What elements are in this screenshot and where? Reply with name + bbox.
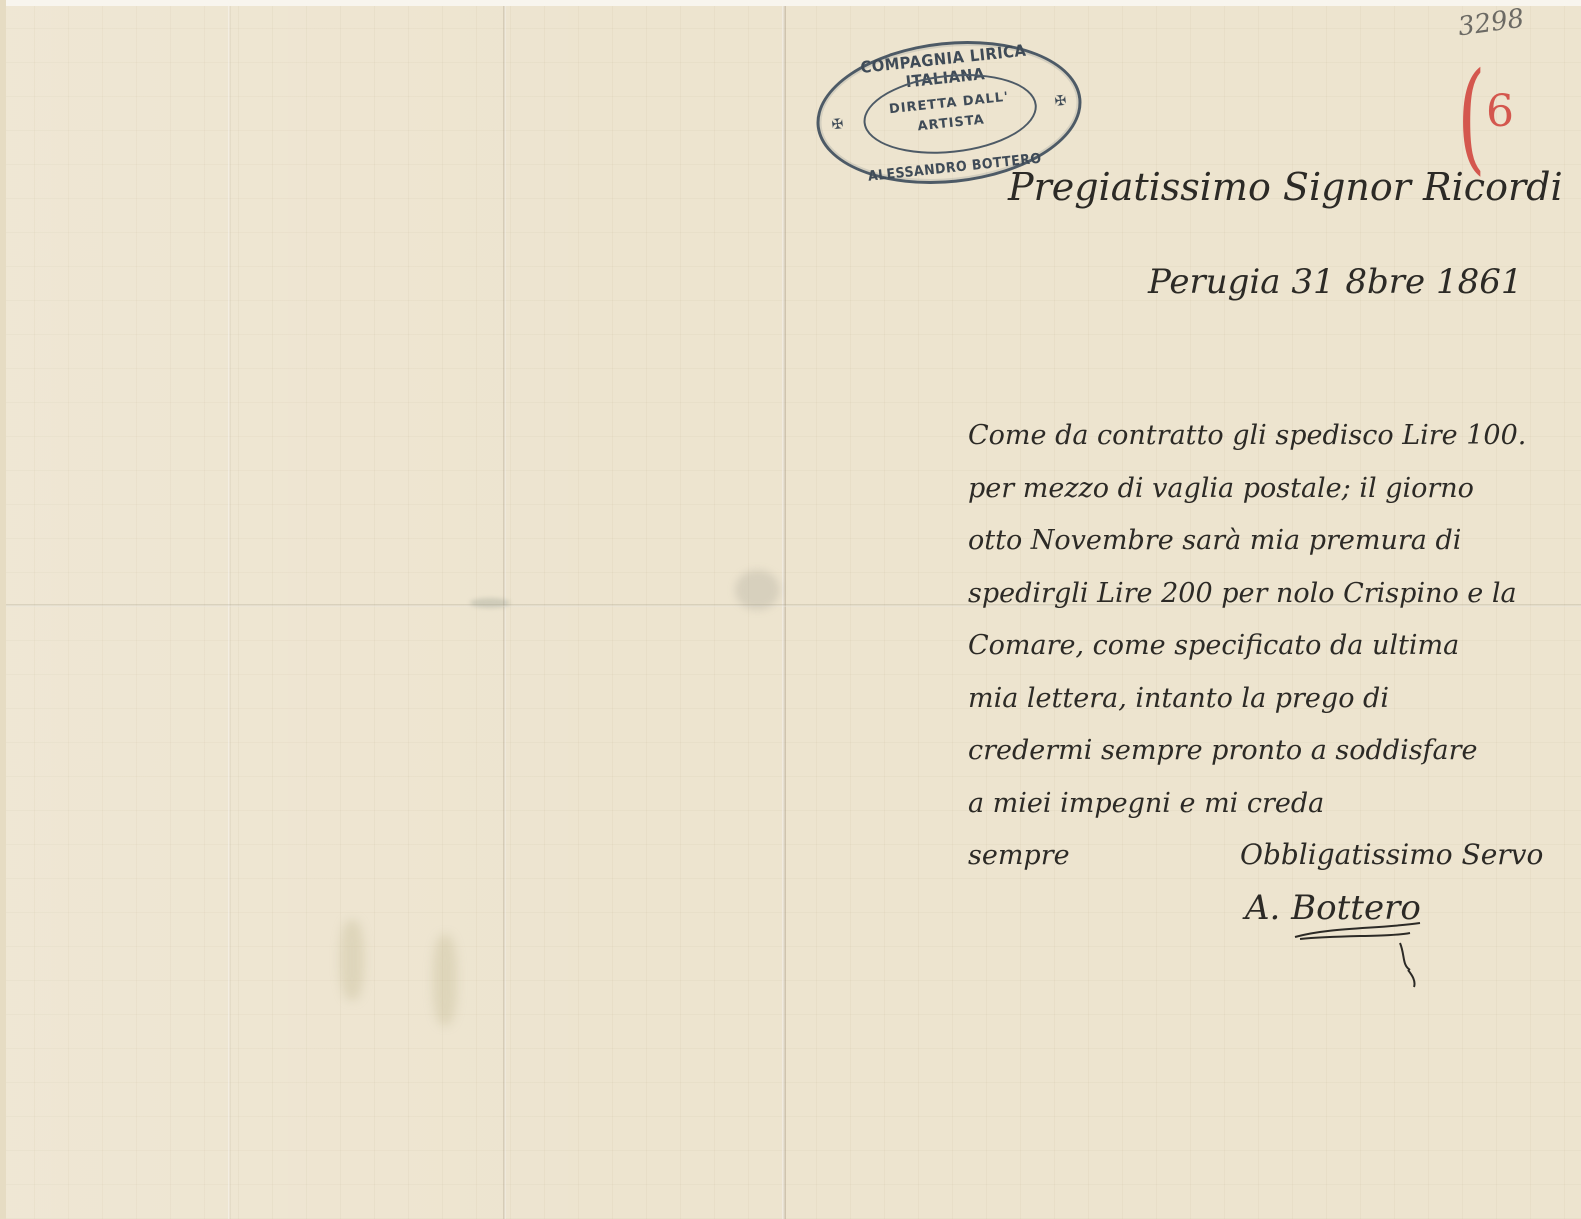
water-stain [433, 935, 457, 1025]
ink-smudge [470, 598, 510, 608]
red-number: 6 [1486, 86, 1514, 137]
body-line: mia lettera, intanto la prego di [968, 673, 1526, 726]
salutation: Pregiatissimo Signor Ricordi [1008, 165, 1563, 209]
body-line: a miei impegni e mi creda [968, 778, 1526, 831]
paper-left-edge [0, 0, 6, 1219]
dateline: Perugia 31 8bre 1861 [1148, 262, 1523, 302]
ink-smudge [735, 570, 780, 610]
archive-red-mark: ( 6 [1448, 58, 1495, 178]
star-icon: ✠ [831, 116, 844, 133]
body-line: spedirgli Lire 200 per nolo Crispino e l… [968, 568, 1526, 621]
star-icon: ✠ [1054, 93, 1067, 110]
body-line: Come da contratto gli spedisco Lire 100. [968, 410, 1526, 463]
body-line: per mezzo di vaglia postale; il giorno [968, 463, 1526, 516]
red-parenthesis: ( [1457, 58, 1485, 178]
archive-pencil-number: 3298 [1456, 4, 1526, 43]
body-line: Comare, come specificato da ultima [968, 620, 1526, 673]
letter-sheet: COMPAGNIA LIRICA ITALIANA ✠ DIRETTA DALL… [0, 0, 1581, 1219]
water-stain [340, 920, 364, 1000]
body-line: otto Novembre sarà mia premura di [968, 515, 1526, 568]
center-crease [782, 6, 786, 1219]
closing: Obbligatissimo Servo [1240, 838, 1543, 871]
letter-body: Come da contratto gli spedisco Lire 100.… [968, 410, 1526, 883]
fold-line-vertical-1 [228, 6, 231, 1219]
signature-flourish-icon [1290, 915, 1430, 995]
paper-top-edge [0, 0, 1581, 6]
fold-line-vertical-2 [503, 6, 506, 1219]
body-line: credermi sempre pronto a soddisfare [968, 725, 1526, 778]
